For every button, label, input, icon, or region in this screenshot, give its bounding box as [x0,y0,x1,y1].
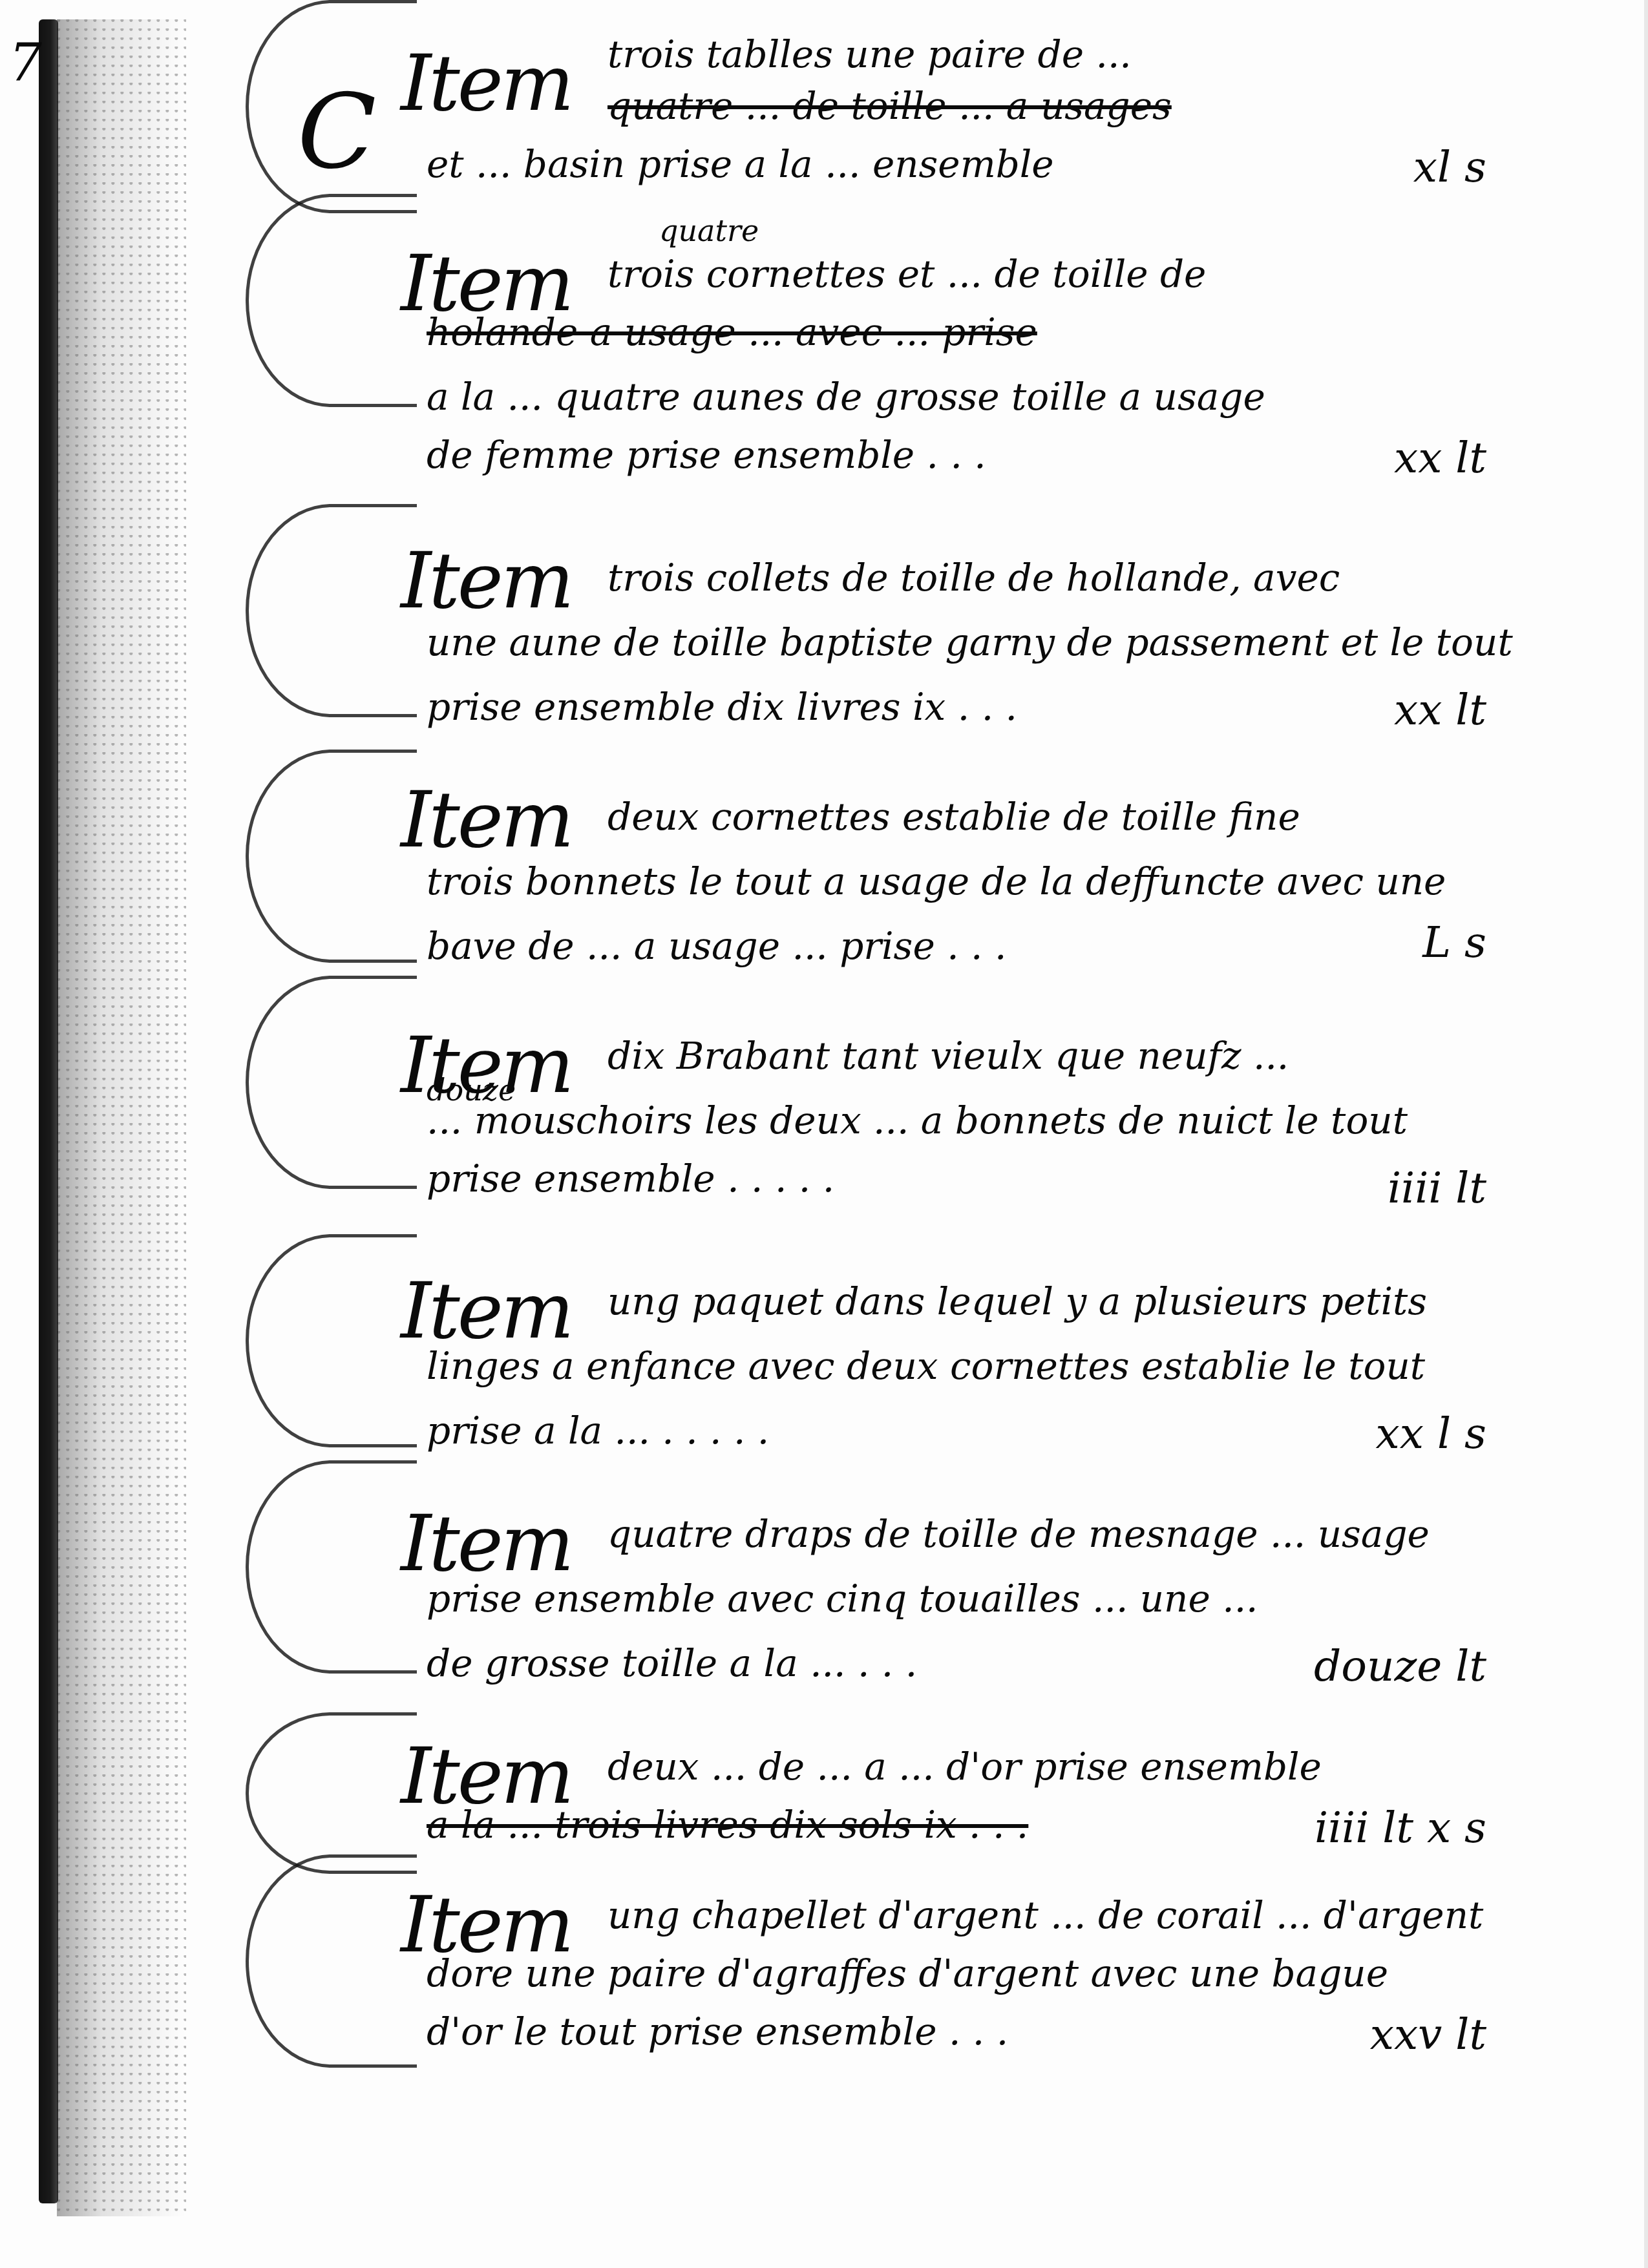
entry-amount: xx l s [1376,1409,1486,1458]
entry-line: trois collets de toille de hollande, ave… [607,556,1340,600]
page-number: 7 [9,32,42,92]
entry-line: ung chapellet d'argent ... de corail ...… [607,1893,1483,1937]
entry-amount: iiii lt [1388,1163,1486,1213]
item-flourish [246,0,417,213]
entry-line: bave de ... a usage ... prise . . . [427,924,1006,968]
entry-amount: xxv lt [1370,2010,1486,2059]
item-heading: Item [401,39,571,129]
item-flourish [246,1712,417,1874]
entry-amount: L s [1422,918,1486,967]
binding-edge [39,19,58,2203]
inventory-entry: Item deux ... de ... a ... d'or prise en… [271,1732,1583,1887]
entry-line: dore une paire d'agraffes d'argent avec … [427,1951,1388,1995]
entry-line: prise ensemble avec cinq touailles ... u… [427,1577,1258,1621]
entry-line: a la ... trois livres dix sols ix . . . [427,1803,1028,1847]
item-flourish [246,976,417,1189]
inventory-entry: Item ung paquet dans lequel y a plusieur… [271,1254,1583,1473]
inventory-entry: Item trois collets de toille de hollande… [271,523,1583,743]
entry-line: deux ... de ... a ... d'or prise ensembl… [607,1745,1322,1789]
inventory-entry: Item douze dix Brabant tant vieulx que n… [271,995,1583,1241]
entry-amount: xl s [1413,142,1486,192]
inventory-entry: Item quatre draps de toille de mesnage .… [271,1480,1583,1699]
item-flourish [246,1854,417,2068]
entry-line: de femme prise ensemble . . . [427,433,986,477]
entry-line: de grosse toille a la ... . . . [427,1641,917,1685]
entry-line: dix Brabant tant vieulx que neufz ... [607,1034,1289,1078]
item-heading: Item [401,536,571,626]
inventory-entry: Item trois tablles une paire de ... quat… [271,19,1583,233]
inventory-entry: quatre Item trois cornettes et ... de to… [271,213,1583,504]
entry-line: trois cornettes et ... de toille de [607,252,1206,296]
entry-line: holande a usage ... avec ... prise [427,310,1037,354]
item-flourish [246,1234,417,1447]
entry-line: trois bonnets le tout a usage de la deff… [427,859,1446,903]
entry-line: et ... basin prise a la ... ensemble [427,142,1054,186]
inventory-entry: Item deux cornettes establie de toille f… [271,769,1583,989]
item-flourish [246,194,417,407]
item-flourish [246,1460,417,1674]
entry-line: quatre ... de toille ... a usages [607,84,1172,128]
item-heading: Item [401,1266,571,1356]
entry-line: trois tablles une paire de ... [607,32,1132,76]
entry-amount: xx lt [1394,433,1486,483]
inventory-entry: Item ung chapellet d'argent ... de corai… [271,1874,1583,2081]
entry-amount: iiii lt x s [1315,1803,1486,1853]
entry-amount: xx lt [1394,685,1486,735]
entry-line: prise ensemble dix livres ix . . . [427,685,1017,729]
scan-edge [1644,0,1648,2268]
entry-line: deux cornettes establie de toille fine [607,795,1300,839]
item-flourish [246,504,417,717]
entry-line: linges a enfance avec deux cornettes est… [427,1344,1425,1388]
binding-shadow [57,19,186,2216]
entry-line: une aune de toille baptiste garny de pas… [427,620,1513,664]
entry-line: d'or le tout prise ensemble . . . [427,2010,1008,2053]
entry-line: prise ensemble . . . . . [427,1157,834,1201]
item-flourish [246,750,417,963]
entry-amount: douze lt [1314,1641,1486,1691]
interlinear-note: quatre [659,213,759,248]
entry-line: ... mouschoirs les deux ... a bonnets de… [427,1098,1408,1142]
entry-line: quatre draps de toille de mesnage ... us… [607,1512,1430,1556]
entry-line: a la ... quatre aunes de grosse toille a… [427,375,1265,419]
item-heading: Item [401,1499,571,1589]
item-heading: Item [401,775,571,865]
entry-line: ung paquet dans lequel y a plusieurs pet… [607,1279,1427,1323]
entry-line: prise a la ... . . . . . [427,1409,769,1453]
manuscript-page: 7 C Item trois tablles une paire de ... … [0,0,1648,2268]
